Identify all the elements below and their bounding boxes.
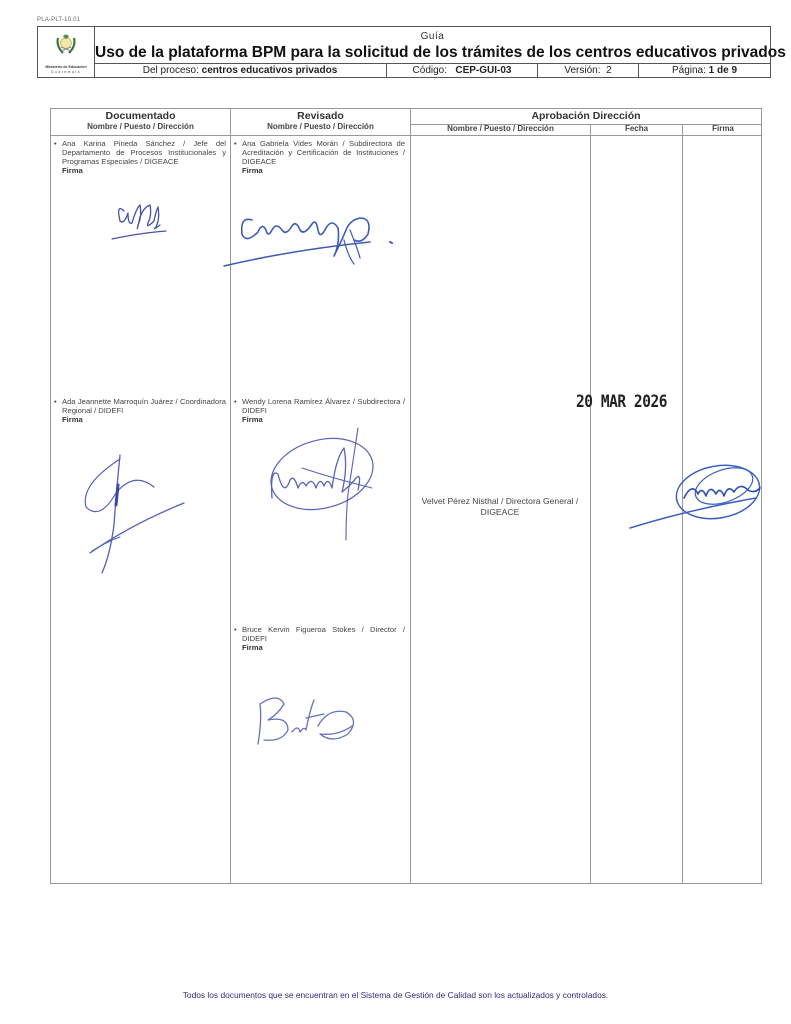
documented-title: Documentado bbox=[51, 110, 230, 122]
entry-text: Ada Jeannette Marroquín Juárez / Coordin… bbox=[62, 397, 226, 415]
documented-subtitle: Nombre / Puesto / Dirección bbox=[51, 122, 230, 132]
bullet-icon: • bbox=[54, 397, 57, 406]
signature-icon bbox=[248, 690, 378, 750]
date-stamp: 20 MAR 2026 bbox=[576, 392, 667, 412]
signature-icon bbox=[110, 195, 180, 245]
reviewed-title: Revisado bbox=[231, 110, 410, 122]
reviewed-entry-3: • Bruce Kervin Figueroa Stokes / Directo… bbox=[242, 625, 405, 652]
reviewed-entry-1: • Ana Gabriela Vides Morán / Subdirector… bbox=[242, 139, 405, 175]
entry-text: Ana Gabriela Vides Morán / Subdirectora … bbox=[242, 139, 405, 166]
page-label: Página: bbox=[672, 65, 706, 76]
form-code: PLA-PLT-10.01 bbox=[37, 17, 80, 23]
documented-entry-1: • Ana Karina Pineda Sánchez / Jefe del D… bbox=[62, 139, 226, 175]
signature-icon bbox=[80, 445, 190, 575]
process-label: Del proceso: bbox=[143, 65, 199, 76]
signature-label: Firma bbox=[62, 415, 226, 424]
reviewed-header: Revisado Nombre / Puesto / Dirección bbox=[231, 110, 410, 132]
code-cell: Código: CEP-GUI-03 bbox=[387, 64, 538, 78]
ministry-name: Ministerio de Educación bbox=[38, 65, 94, 69]
bullet-icon: • bbox=[54, 139, 57, 148]
column-divider bbox=[590, 125, 591, 883]
code-value: CEP-GUI-03 bbox=[455, 65, 511, 76]
document-meta-row: Del proceso: centros educativos privados… bbox=[94, 63, 770, 78]
entry-text: Wendy Lorena Ramírez Álvarez / Subdirect… bbox=[242, 397, 405, 415]
reviewed-subtitle: Nombre / Puesto / Dirección bbox=[231, 122, 410, 132]
approver-name: Velvet Pérez Nisthal / Directora General… bbox=[412, 496, 588, 518]
approval-title: Aprobación Dirección bbox=[411, 110, 761, 122]
entry-text: Bruce Kervin Figueroa Stokes / Director … bbox=[242, 625, 405, 643]
signature-icon bbox=[262, 428, 382, 548]
approval-signature-header: Firma bbox=[683, 124, 763, 133]
signature-label: Firma bbox=[62, 166, 226, 175]
bullet-icon: • bbox=[234, 397, 237, 406]
bullet-icon: • bbox=[234, 625, 237, 634]
approval-header: Aprobación Dirección bbox=[411, 110, 761, 122]
version-label: Versión: bbox=[564, 65, 600, 76]
approval-date-header: Fecha bbox=[591, 124, 682, 133]
footer-notice: Todos los documentos que se encuentran e… bbox=[0, 990, 791, 1000]
document-title: Uso de la plataforma BPM para la solicit… bbox=[95, 44, 770, 62]
signature-icon bbox=[222, 200, 412, 275]
signature-label: Firma bbox=[242, 643, 405, 652]
signature-label: Firma bbox=[242, 415, 405, 424]
reviewed-entry-2: • Wendy Lorena Ramírez Álvarez / Subdire… bbox=[242, 397, 405, 424]
page-value: 1 de 9 bbox=[709, 65, 737, 76]
documented-entry-2: • Ada Jeannette Marroquín Juárez / Coord… bbox=[62, 397, 226, 424]
header-divider bbox=[51, 135, 761, 136]
code-label: Código: bbox=[413, 65, 447, 76]
document-type: Guía bbox=[95, 31, 770, 42]
approval-name-header: Nombre / Puesto / Dirección bbox=[411, 124, 590, 133]
version-cell: Versión: 2 bbox=[538, 64, 639, 78]
document-header: Ministerio de Educación Guatemala Guía U… bbox=[37, 26, 771, 78]
logo-cell: Ministerio de Educación Guatemala bbox=[38, 27, 95, 77]
page-cell: Página: 1 de 9 bbox=[639, 64, 770, 78]
signature-label: Firma bbox=[242, 166, 405, 175]
documented-header: Documentado Nombre / Puesto / Dirección bbox=[51, 110, 230, 132]
process-cell: Del proceso: centros educativos privados bbox=[94, 64, 387, 78]
entry-text: Ana Karina Pineda Sánchez / Jefe del Dep… bbox=[62, 139, 226, 166]
country-name: Guatemala bbox=[38, 70, 94, 74]
coat-of-arms-icon bbox=[54, 32, 78, 56]
signature-icon bbox=[628, 458, 768, 538]
version-value: 2 bbox=[606, 65, 612, 76]
process-value: centros educativos privados bbox=[202, 65, 338, 76]
bullet-icon: • bbox=[234, 139, 237, 148]
